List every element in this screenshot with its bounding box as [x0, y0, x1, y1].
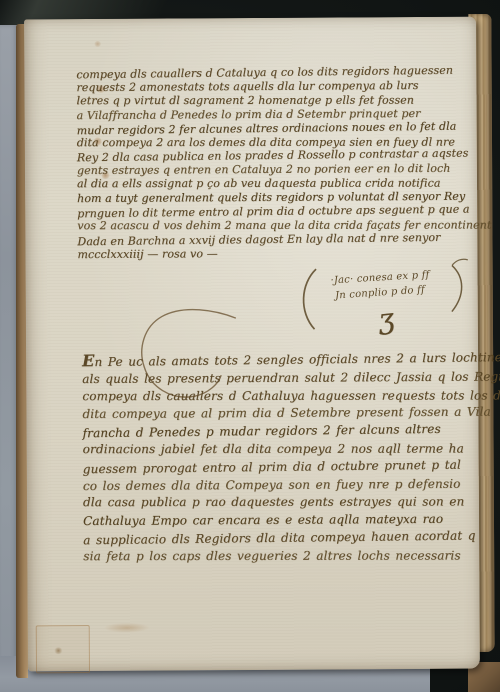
manuscript-line: als quals les presents peruendran salut …: [82, 368, 478, 388]
manuscript-line: compeya dls cauallers d Cathaluya hagues…: [82, 387, 478, 405]
paraph-mark: ʒ: [376, 302, 395, 337]
manuscript-photo: compeya dls cauallers d Cataluya q co lo…: [0, 0, 500, 692]
manuscript-line: sia feta p los caps dles vegueries 2 alt…: [83, 547, 479, 565]
stamp-outline: [36, 625, 90, 673]
text-block-first-entry: compeya dls cauallers d Cataluya q co lo…: [76, 65, 477, 262]
manuscript-line: requests 2 amonestats tots aquells dla l…: [76, 79, 476, 95]
manuscript-line: co los demes dla dita Compeya son en fue…: [83, 475, 479, 495]
foxing-stain: [94, 41, 101, 47]
text-block-second-entry: En Pe uc als amats tots 2 sengles offici…: [82, 349, 479, 567]
ink-smudge: [104, 623, 150, 633]
manuscript-line: dla casa publica p rao daquestes gents e…: [83, 494, 479, 512]
manuscript-page: compeya dls cauallers d Cataluya q co lo…: [24, 17, 480, 672]
stamp-blot: [54, 647, 63, 654]
